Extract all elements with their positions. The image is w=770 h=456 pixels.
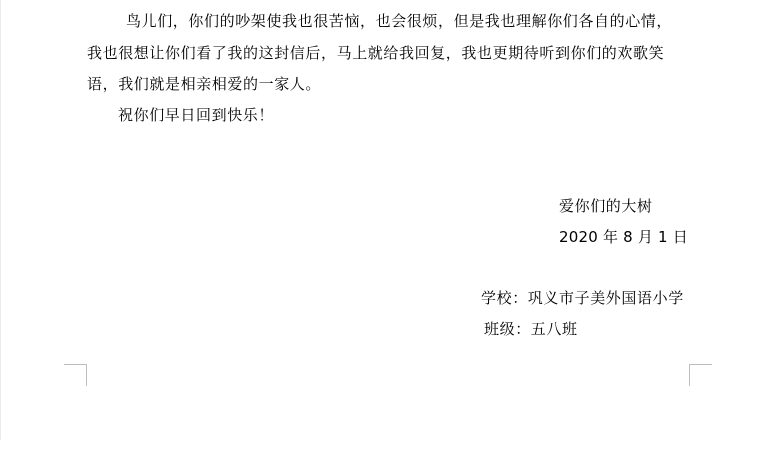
body-paragraph-line-3: 语，我们就是相亲相爱的一家人。	[87, 74, 321, 94]
school-label: 学校：巩义市子美外国语小学	[481, 288, 684, 308]
closing-wish: 祝你们早日回到快乐！	[118, 105, 274, 125]
margin-corner-mark-left	[64, 364, 87, 386]
body-paragraph-line-2: 我也很想让你们看了我的这封信后，马上就给我回复，我也更期待听到你们的欢歌笑	[87, 43, 664, 63]
body-paragraph-line-1: 鸟儿们，你们的吵架使我也很苦恼，也会很烦，但是我也理解你们各自的心情，	[126, 11, 672, 31]
signature-name: 爱你们的大树	[559, 196, 653, 216]
signature-date: 2020 年 8 月 1 日	[559, 227, 688, 247]
margin-corner-mark-right	[689, 364, 712, 386]
document-page[interactable]: 鸟儿们，你们的吵架使我也很苦恼，也会很烦，但是我也理解你们各自的心情， 我也很想…	[0, 0, 770, 440]
class-label: 班级：五八班	[484, 319, 578, 339]
